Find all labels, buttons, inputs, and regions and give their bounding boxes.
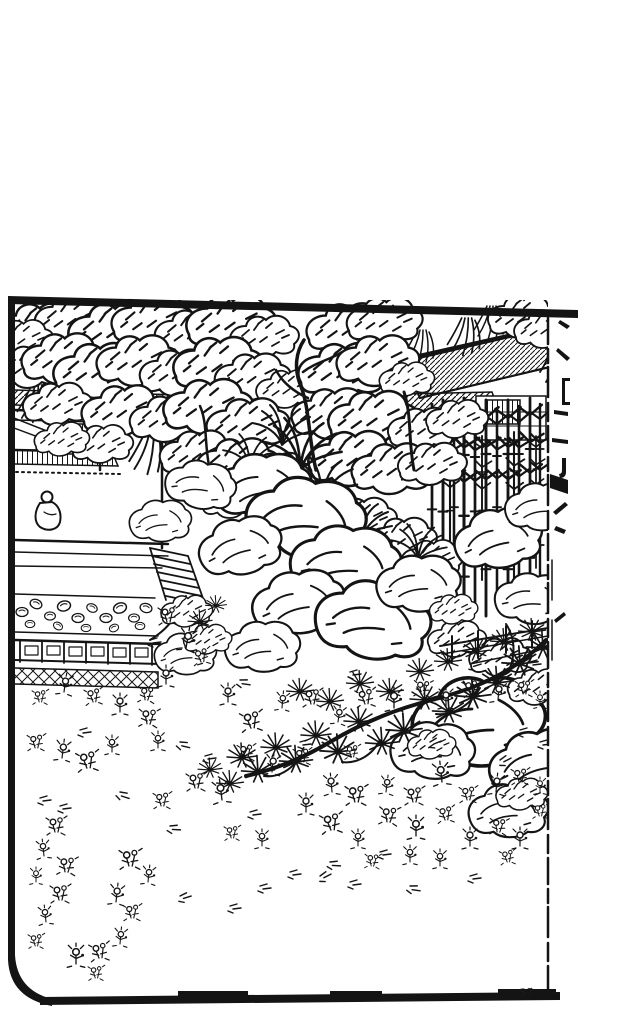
frame-bottom-border <box>40 992 560 1005</box>
book-page: 57 <box>0 0 629 1015</box>
garden-scene <box>0 295 590 980</box>
seated-figure <box>36 492 61 530</box>
page-margin-fragments <box>550 310 570 623</box>
woodcut-illustration: 57 <box>0 0 629 1015</box>
page-number-mark: 57 <box>519 987 534 999</box>
stone-inlay-wall <box>16 598 153 634</box>
